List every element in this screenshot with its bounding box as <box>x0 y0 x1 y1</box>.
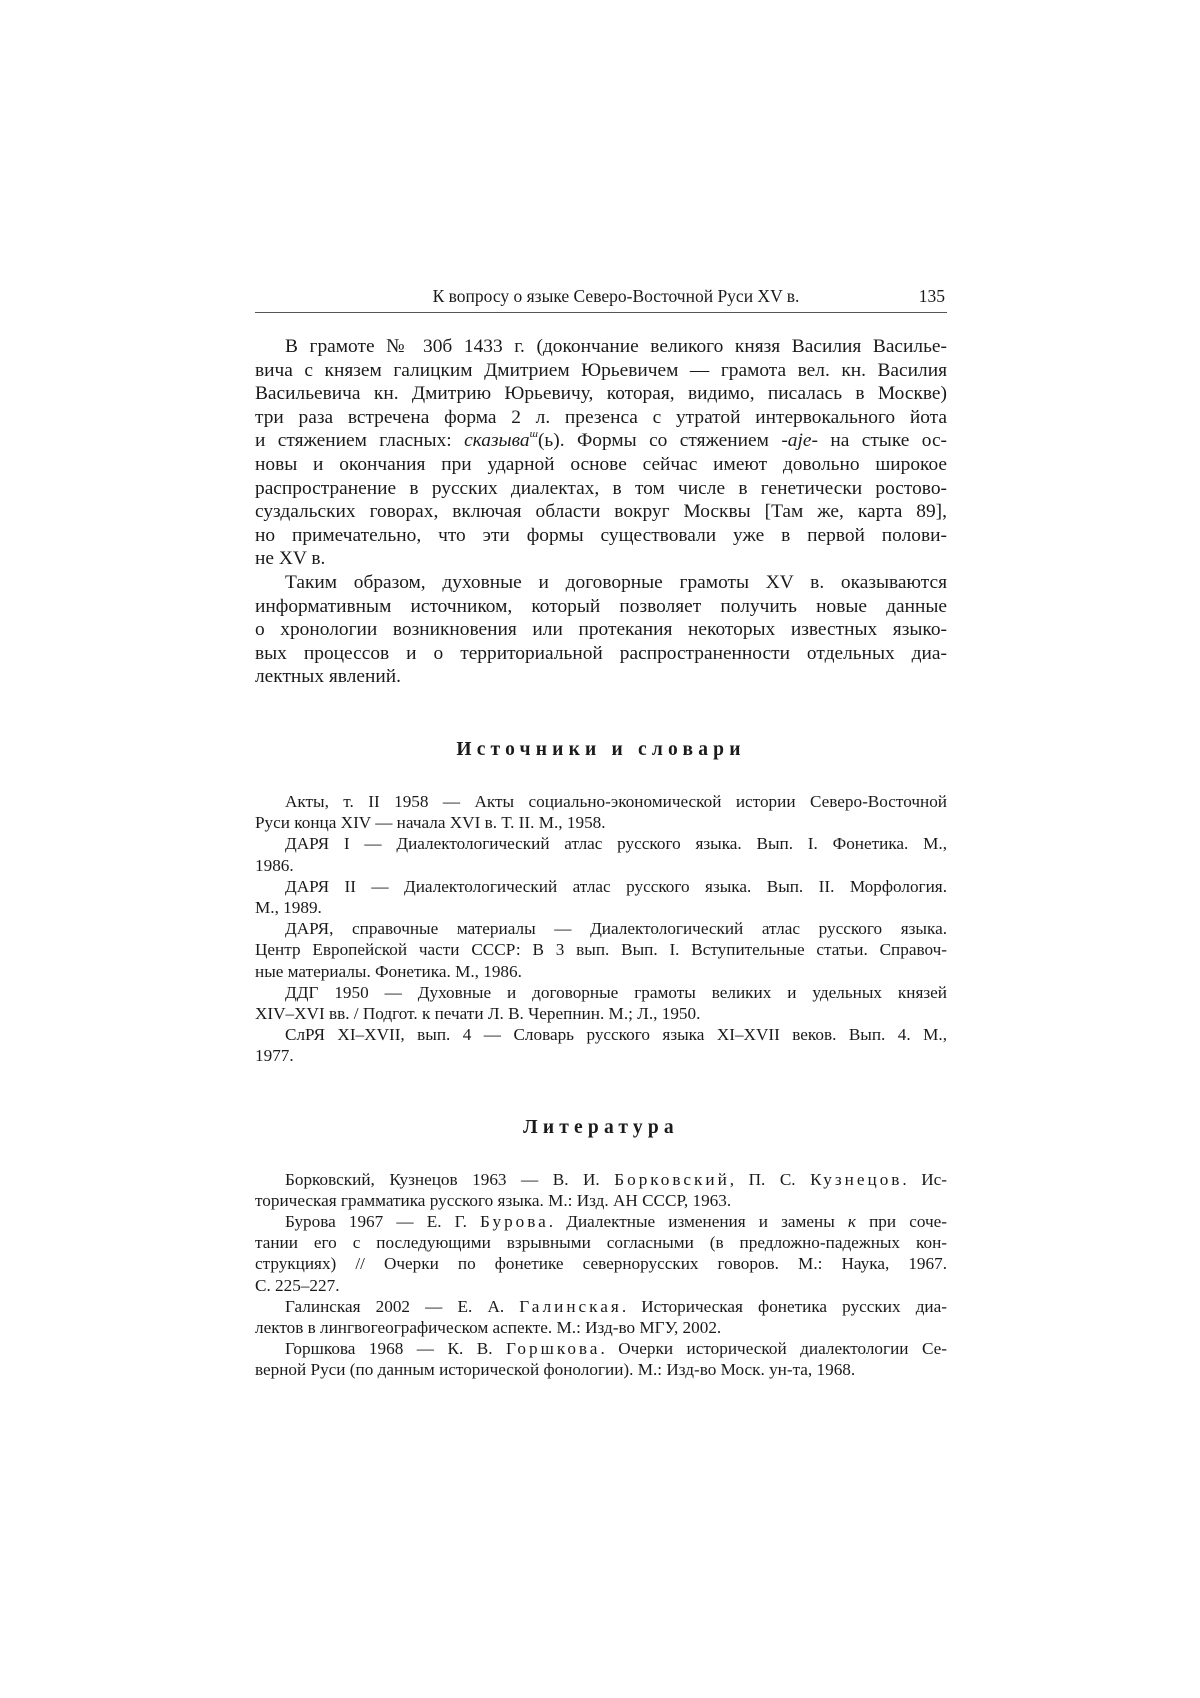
entry-line: Акты, т. II 1958 — Акты социально-эконом… <box>255 791 947 812</box>
entry-line: лектов в лингвогеографическом аспекте. М… <box>255 1317 947 1338</box>
text-fragment: и стяжением гласных: <box>255 430 464 451</box>
author-name: Бурова <box>480 1212 549 1231</box>
text-line: не XV в. <box>255 547 947 571</box>
text-line: о хронологии возникновения или протекани… <box>255 618 947 642</box>
header-rule <box>255 312 947 313</box>
entry-key: Галинская 2002 — Е. А. <box>285 1297 519 1316</box>
entry-line: ДАРЯ I — Диалектологический атлас русско… <box>255 833 947 854</box>
text-line: лектных явлений. <box>255 665 947 689</box>
author-name: Кузнецов <box>810 1170 902 1189</box>
entry-line: 1977. <box>255 1045 947 1066</box>
entry-line: ДДГ 1950 — Духовные и договорные грамоты… <box>255 982 947 1003</box>
page-number: 135 <box>919 286 945 307</box>
text-line: информативным источником, который позвол… <box>255 595 947 619</box>
text-line: Таким образом, духовные и договорные гра… <box>255 571 947 595</box>
page: К вопросу о языке Северо-Восточной Руси … <box>255 282 947 1381</box>
text-fragment: , П. С. <box>730 1170 810 1189</box>
literature-list: Борковский, Кузнецов 1963 — В. И. Борков… <box>255 1169 947 1381</box>
text-line: вича с князем галицким Дмитрием Юрьевиче… <box>255 359 947 383</box>
author-name: Борковский <box>614 1170 730 1189</box>
entry-key: Горшкова 1968 — К. В. <box>285 1339 506 1358</box>
text-line: В грамоте № 30б 1433 г. (докончание вели… <box>255 335 947 359</box>
text-fragment: . Диалектные изменения и замены <box>549 1212 848 1231</box>
entry-line: тании его с последующими взрывными согла… <box>255 1232 947 1253</box>
entry-line: Центр Европейской части СССР: В 3 вып. В… <box>255 939 947 960</box>
entry-line: торическая грамматика русского языка. М.… <box>255 1190 947 1211</box>
entry-key: Борковский, Кузнецов 1963 — В. И. <box>285 1170 614 1189</box>
text-line: Васильевича кн. Дмитрию Юрьевичу, котора… <box>255 382 947 406</box>
text-line-with-example: и стяжением гласных: сказываш(ь). Формы … <box>255 429 947 453</box>
source-entry: Акты, т. II 1958 — Акты социально-эконом… <box>255 791 947 833</box>
literature-heading: Литература <box>255 1117 947 1139</box>
source-entry: ДАРЯ I — Диалектологический атлас русско… <box>255 833 947 875</box>
text-line: суздальских говорах, включая области вок… <box>255 500 947 524</box>
running-head-title: К вопросу о языке Северо-Восточной Руси … <box>255 286 947 307</box>
entry-line: М., 1989. <box>255 897 947 918</box>
source-entry: ДДГ 1950 — Духовные и договорные грамоты… <box>255 982 947 1024</box>
entry-line: Борковский, Кузнецов 1963 — В. И. Борков… <box>255 1169 947 1190</box>
entry-line: 1986. <box>255 855 947 876</box>
source-entry: СлРЯ XI–XVII, вып. 4 — Словарь русского … <box>255 1024 947 1066</box>
entry-line: верной Руси (по данным исторической фоно… <box>255 1359 947 1380</box>
entry-line: ДАРЯ, справочные материалы — Диалектолог… <box>255 918 947 939</box>
entry-line: Галинская 2002 — Е. А. Галинская. Истори… <box>255 1296 947 1317</box>
entry-line: ные материалы. Фонетика. М., 1986. <box>255 961 947 982</box>
paragraph-2: Таким образом, духовные и договорные гра… <box>255 571 947 689</box>
text-fragment: . Очерки исторической диалектологии Се- <box>600 1339 947 1358</box>
literature-entry: Галинская 2002 — Е. А. Галинская. Истори… <box>255 1296 947 1338</box>
source-entry: ДАРЯ II — Диалектологический атлас русск… <box>255 876 947 918</box>
author-name: Горшкова <box>506 1339 600 1358</box>
text-fragment: при соче- <box>856 1212 947 1231</box>
source-entry: ДАРЯ, справочные материалы — Диалектолог… <box>255 918 947 982</box>
entry-line: Горшкова 1968 — К. В. Горшкова. Очерки и… <box>255 1338 947 1359</box>
text-line: вых процессов и о территориальной распро… <box>255 642 947 666</box>
text-line: новы и окончания при ударной основе сейч… <box>255 453 947 477</box>
author-name: Галинская <box>519 1297 622 1316</box>
entry-line: струкциях) // Очерки по фонетике северно… <box>255 1253 947 1274</box>
entry-line: Руси конца XIV — начала XVI в. Т. II. М.… <box>255 812 947 833</box>
italic-letter: к <box>848 1212 856 1231</box>
entry-line: С. 225–227. <box>255 1275 947 1296</box>
literature-entry: Бурова 1967 — Е. Г. Бурова. Диалектные и… <box>255 1211 947 1296</box>
text-line: три раза встречена форма 2 л. презенса с… <box>255 406 947 430</box>
example-morpheme: -aje- <box>781 430 818 451</box>
running-head: К вопросу о языке Северо-Восточной Руси … <box>255 282 947 310</box>
entry-line: XIV–XVI вв. / Подгот. к печати Л. В. Чер… <box>255 1003 947 1024</box>
literature-entry: Борковский, Кузнецов 1963 — В. И. Борков… <box>255 1169 947 1211</box>
text-fragment: . Ис- <box>902 1170 947 1189</box>
text-fragment: на стыке ос- <box>818 430 947 451</box>
sources-heading: Источники и словари <box>255 739 947 761</box>
superscript-mark: ш <box>530 428 538 440</box>
literature-entry: Горшкова 1968 — К. В. Горшкова. Очерки и… <box>255 1338 947 1380</box>
text-fragment: (ь). Формы со стяжением <box>538 430 781 451</box>
text-line: но примечательно, что эти формы существо… <box>255 524 947 548</box>
text-fragment: . Историческая фонетика русских диа- <box>622 1297 947 1316</box>
entry-key: Бурова 1967 — Е. Г. <box>285 1212 480 1231</box>
entry-line: СлРЯ XI–XVII, вып. 4 — Словарь русского … <box>255 1024 947 1045</box>
example-word: сказыва <box>464 430 530 451</box>
paragraph-1: В грамоте № 30б 1433 г. (докончание вели… <box>255 335 947 571</box>
entry-line: Бурова 1967 — Е. Г. Бурова. Диалектные и… <box>255 1211 947 1232</box>
entry-line: ДАРЯ II — Диалектологический атлас русск… <box>255 876 947 897</box>
body-text: В грамоте № 30б 1433 г. (докончание вели… <box>255 335 947 689</box>
sources-list: Акты, т. II 1958 — Акты социально-эконом… <box>255 791 947 1067</box>
text-line: распространение в русских диалектах, в т… <box>255 477 947 501</box>
